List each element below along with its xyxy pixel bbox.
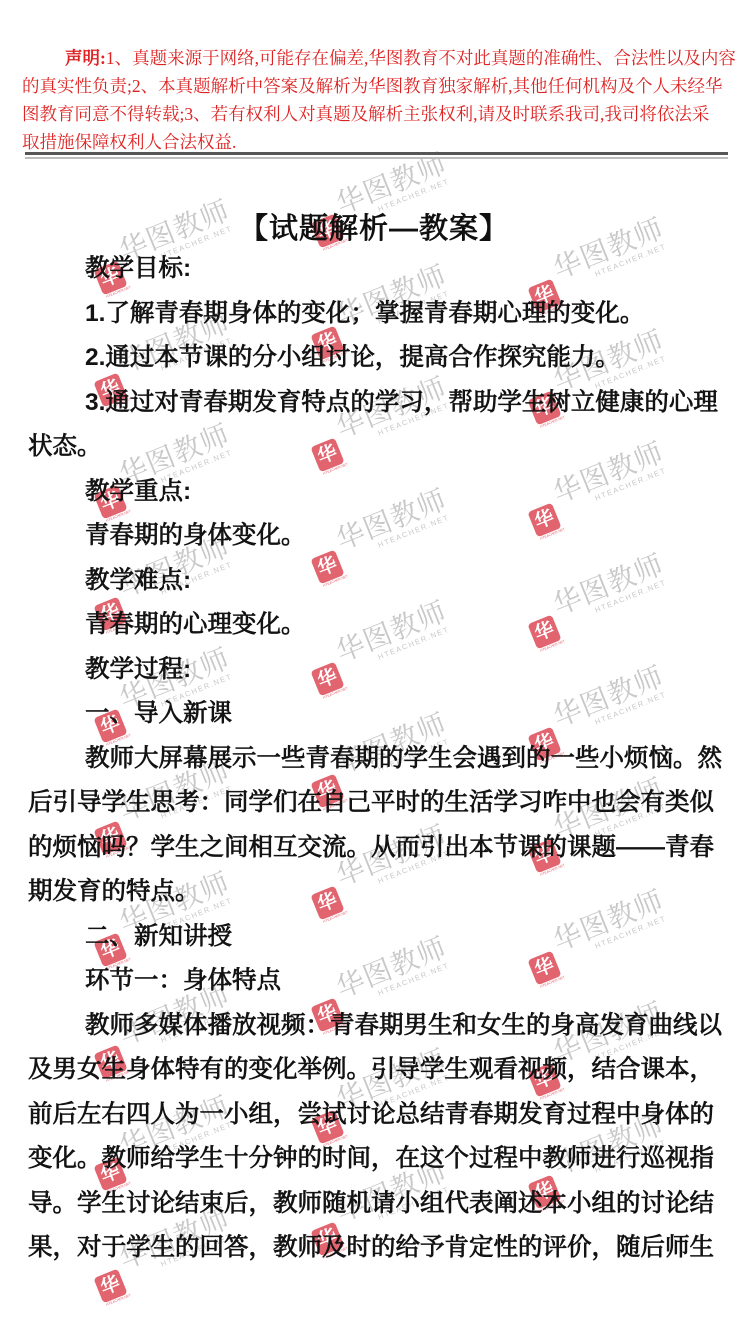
body-line: 教学过程: — [28, 648, 720, 693]
disclaimer-line-text: 1、真题来源于网络,可能存在偏差,华图教育不对此真题的准确性、合法性以及内容 — [106, 48, 736, 68]
body-line: 3.通过对青春期发育特点的学习，帮助学生树立健康的心理 — [28, 381, 720, 426]
document-content: 声明:1、真题来源于网络,可能存在偏差,华图教育不对此真题的准确性、合法性以及内… — [0, 0, 748, 1335]
body-line: 一、导入新课 — [28, 692, 720, 737]
document-page: 华HTEACHER.NET华图教师HTEACHER.NET华HTEACHER.N… — [0, 0, 748, 1335]
body-line: 前后左右四人为一小组，尝试讨论总结青春期发育过程中身体的 — [28, 1093, 720, 1138]
body-line: 2.通过本节课的分小组讨论，提高合作探究能力。 — [28, 336, 720, 381]
body-line: 及男女生身体特有的变化举例。引导学生观看视频，结合课本， — [28, 1048, 720, 1093]
disclaimer-label: 声明: — [65, 48, 106, 68]
page-title: 【试题解析—教案】 — [0, 206, 748, 247]
disclaimer-line: 声明:1、真题来源于网络,可能存在偏差,华图教育不对此真题的准确性、合法性以及内… — [22, 44, 727, 72]
body-line: 后引导学生思考：同学们在自己平时的生活学习咋中也会有类似 — [28, 781, 720, 826]
body-line: 环节一：身体特点 — [28, 959, 720, 1004]
disclaimer-line: 图教育同意不得转载;3、若有权利人对真题及解析主张权利,请及时联系我司,我司将依… — [22, 100, 727, 128]
body-line: 教学重点: — [28, 470, 720, 515]
body-line: 果，对于学生的回答，教师及时的给予肯定性的评价，随后师生 — [28, 1226, 720, 1271]
body-line: 教师多媒体播放视频：青春期男生和女生的身高发育曲线以 — [28, 1004, 720, 1049]
body-line: 青春期的心理变化。 — [28, 603, 720, 648]
body-line: 1.了解青春期身体的变化；掌握青春期心理的变化。 — [28, 292, 720, 337]
body-line: 青春期的身体变化。 — [28, 514, 720, 559]
body-line: 状态。 — [28, 425, 720, 470]
body-line: 期发育的特点。 — [28, 870, 720, 915]
body-text: 教学目标:1.了解青春期身体的变化；掌握青春期心理的变化。2.通过本节课的分小组… — [28, 247, 720, 1271]
horizontal-rule — [25, 152, 728, 159]
body-line: 变化。教师给学生十分钟的时间，在这个过程中教师进行巡视指 — [28, 1137, 720, 1182]
disclaimer-line: 的真实性负责;2、本真题解析中答案及解析为华图教育独家解析,其他任何机构及个人未… — [22, 72, 727, 100]
body-line: 教师大屏幕展示一些青春期的学生会遇到的一些小烦恼。然 — [28, 737, 720, 782]
body-line: 的烦恼吗？学生之间相互交流。从而引出本节课的课题——青春 — [28, 826, 720, 871]
body-line: 教学目标: — [28, 247, 720, 292]
body-line: 二、新知讲授 — [28, 915, 720, 960]
disclaimer-text: 声明:1、真题来源于网络,可能存在偏差,华图教育不对此真题的准确性、合法性以及内… — [22, 44, 727, 156]
body-line: 教学难点: — [28, 559, 720, 604]
body-line: 导。学生讨论结束后，教师随机请小组代表阐述本小组的讨论结 — [28, 1182, 720, 1227]
